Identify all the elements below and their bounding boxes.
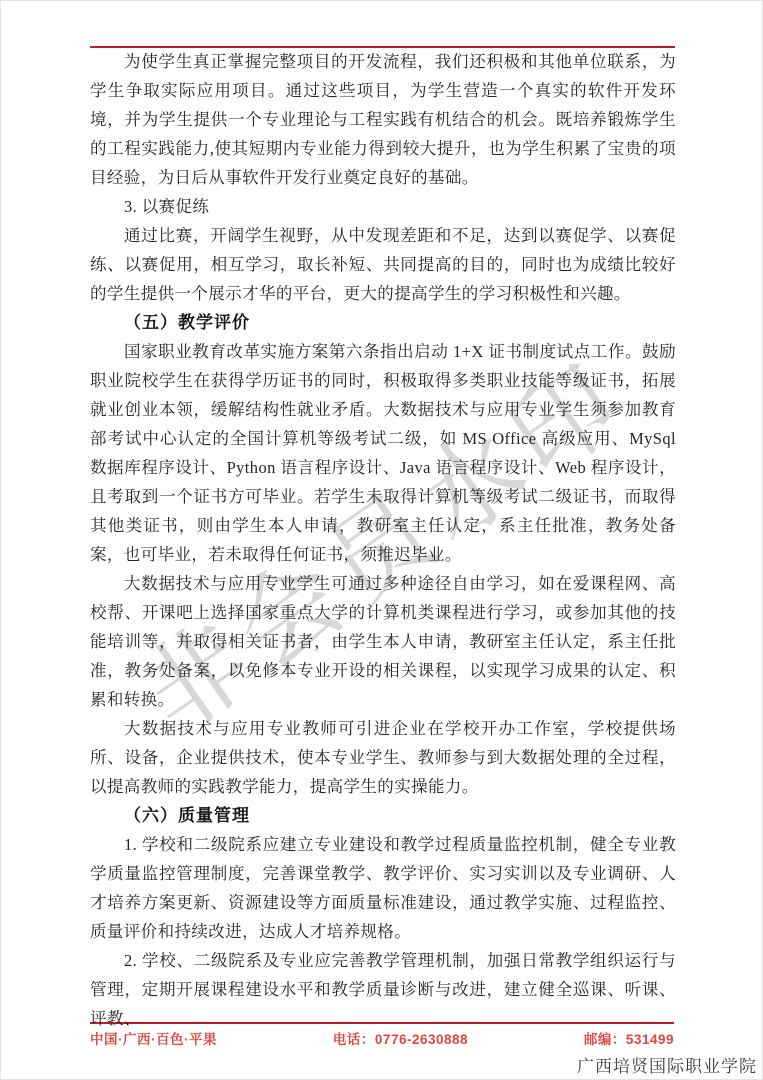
- body-paragraph: 国家职业教育改革实施方案第六条指出启动 1+X 证书制度试点工作。鼓励职业院校学…: [90, 337, 676, 569]
- section-heading: （五）教学评价: [90, 308, 676, 337]
- section-heading: （六）质量管理: [90, 801, 676, 830]
- body-paragraph: 大数据技术与应用专业教师可引进企业在学校开办工作室，学校提供场所、设备，企业提供…: [90, 714, 676, 801]
- body-paragraph: 通过比赛，开阔学生视野，从中发现差距和不足，达到以赛促学、以赛促练、以赛促用，相…: [90, 221, 676, 308]
- body-paragraph: 大数据技术与应用专业学生可通过多种途径自由学习，如在爱课程网、高校帮、开课吧上选…: [90, 569, 676, 714]
- document-body: 为使学生真正掌握完整项目的开发流程，我们还积极和其他单位联系，为学生争取实际应用…: [90, 47, 676, 1033]
- document-page: 非会员水印 为使学生真正掌握完整项目的开发流程，我们还积极和其他单位联系，为学生…: [0, 0, 763, 1080]
- college-name: 广西培贤国际职业学院: [577, 1052, 757, 1077]
- body-paragraph: 2. 学校、二级院系及专业应完善教学管理机制，加强日常教学组织运行与管理，定期开…: [90, 946, 676, 1033]
- body-paragraph: 1. 学校和二级院系应建立专业建设和教学过程质量监控机制，健全专业教学质量监控管…: [90, 830, 676, 946]
- body-paragraph: 为使学生真正掌握完整项目的开发流程，我们还积极和其他单位联系，为学生争取实际应用…: [90, 47, 676, 192]
- body-paragraph: 3. 以赛促练: [90, 192, 676, 221]
